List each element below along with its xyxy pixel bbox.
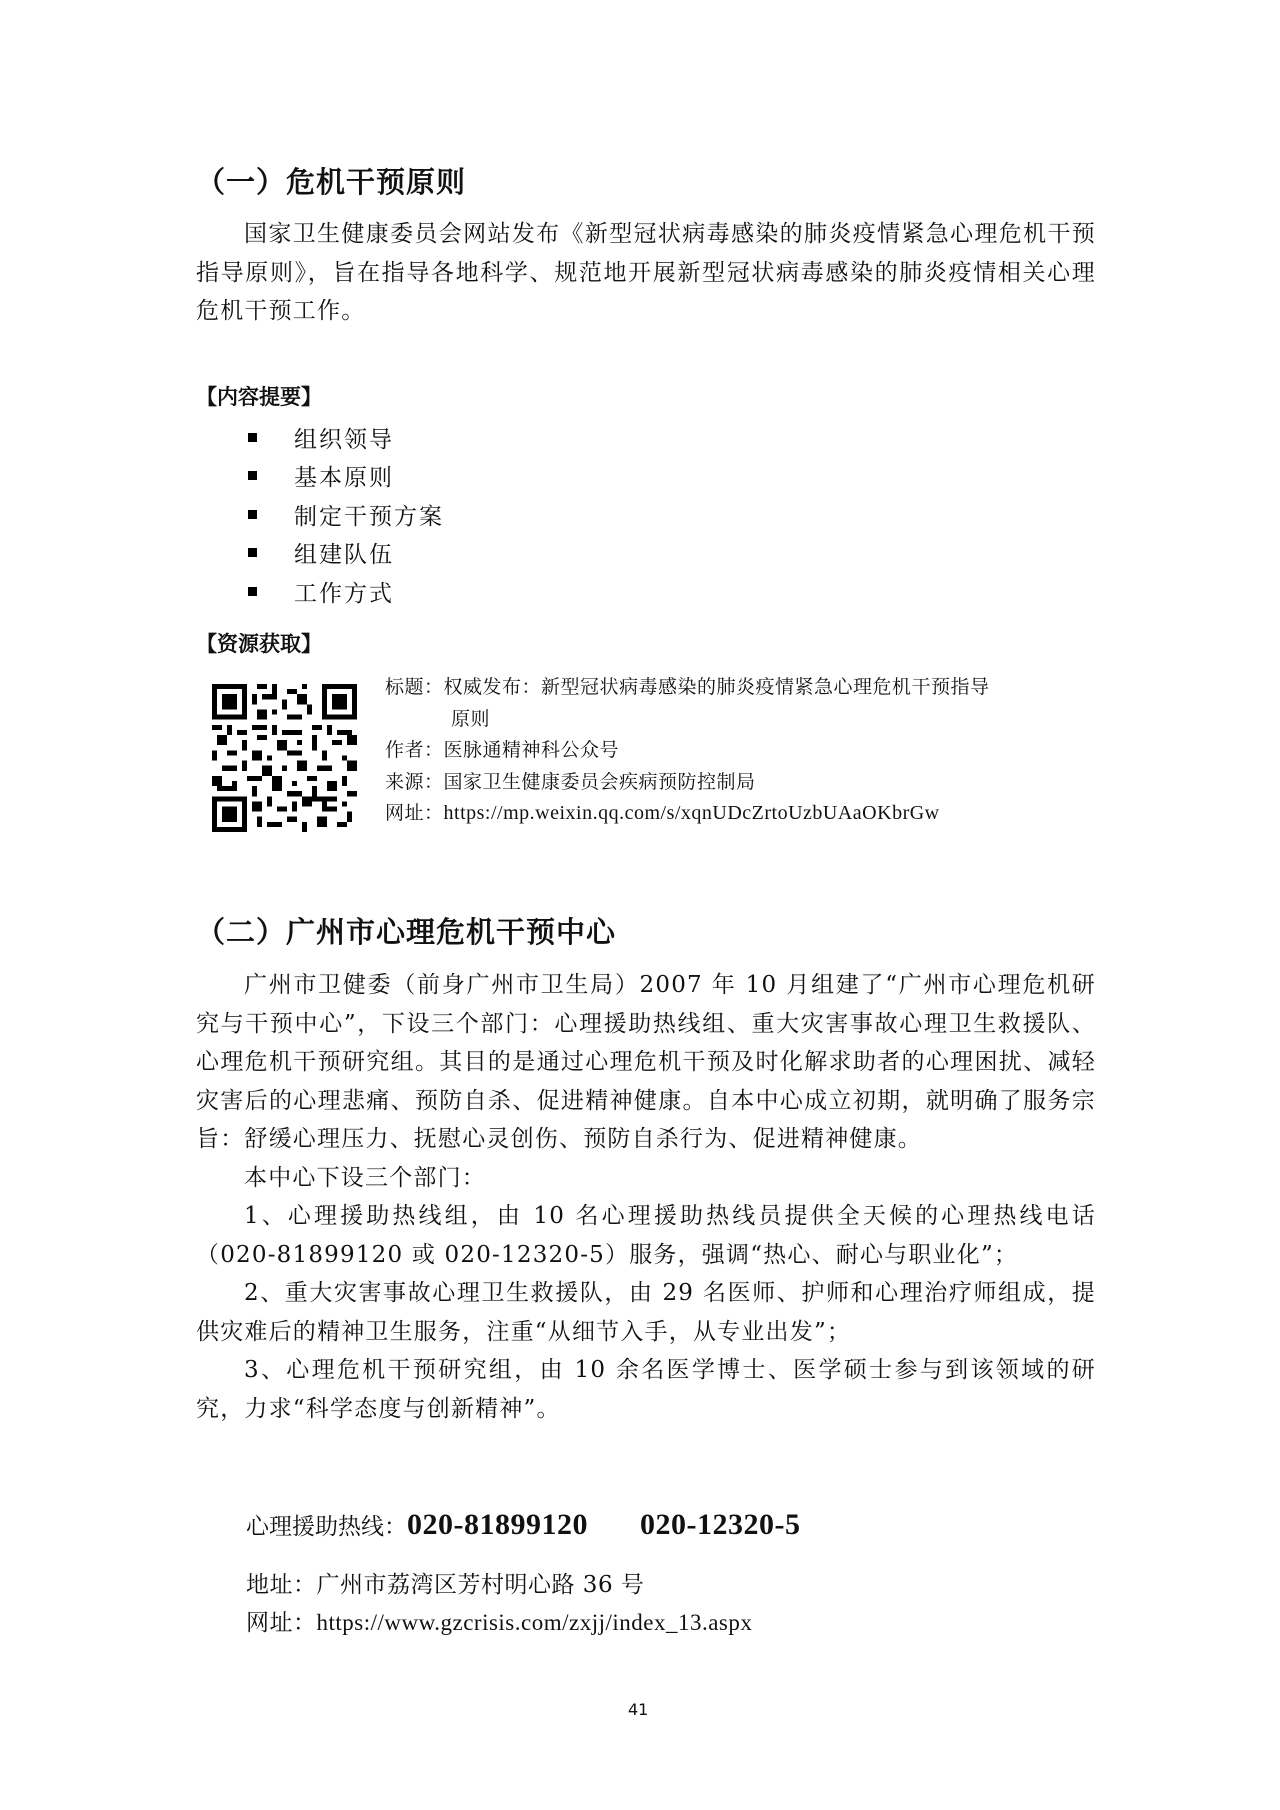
summary-item: 组建队伍 [180, 534, 444, 573]
center-intro-paragraph: 广州市卫健委（前身广州市卫生局）2007 年 10 月组建了“广州市心理危机研究… [196, 966, 1096, 1159]
qr-code-icon[interactable] [212, 684, 357, 832]
resource-details: 标题：权威发布：新型冠状病毒感染的肺炎疫情紧急心理危机干预指导 原则 作者：医脉… [385, 672, 990, 830]
intro-text: 国家卫生健康委员会网站发布《新型冠状病毒感染的肺炎疫情紧急心理危机干预指导原则》… [196, 215, 1096, 331]
page-number: 41 [628, 1700, 648, 1719]
address-value: 广州市荔湾区芳村明心路 36 号 [317, 1572, 645, 1598]
center-description: 广州市卫健委（前身广州市卫生局）2007 年 10 月组建了“广州市心理危机研究… [196, 966, 1096, 1428]
department-1: 1、心理援助热线组，由 10 名心理援助热线员提供全天候的心理热线电话（020-… [196, 1197, 1096, 1274]
square-bullet-icon [248, 433, 257, 442]
resource-url-link[interactable]: https://mp.weixin.qq.com/s/xqnUDcZrtoUzb… [444, 802, 940, 824]
hotline-number-2: 020-12320-5 [640, 1508, 800, 1541]
resource-url-row: 网址：https://mp.weixin.qq.com/s/xqnUDcZrto… [385, 798, 990, 830]
resource-title-value: 权威发布：新型冠状病毒感染的肺炎疫情紧急心理危机干预指导 [444, 676, 990, 698]
resource-source-key: 来源： [385, 767, 444, 799]
summary-item: 制定干预方案 [180, 495, 444, 534]
section-heading-crisis-principles: （一）危机干预原则 [196, 160, 466, 201]
resource-author-row: 作者：医脉通精神科公众号 [385, 735, 990, 767]
website-link[interactable]: https://www.gzcrisis.com/zxjj/index_13.a… [317, 1610, 753, 1635]
square-bullet-icon [248, 510, 257, 519]
summary-item: 工作方式 [180, 572, 444, 611]
resource-author-value: 医脉通精神科公众号 [444, 739, 620, 761]
resource-title-continuation: 原则 [385, 704, 990, 736]
resource-source-row: 来源：国家卫生健康委员会疾病预防控制局 [385, 767, 990, 799]
website-row: 网址：https://www.gzcrisis.com/zxjj/index_1… [246, 1604, 752, 1642]
hotline-row: 心理援助热线：020-81899120020-12320-5 [246, 1508, 800, 1542]
square-bullet-icon [248, 548, 257, 557]
department-3: 3、心理危机干预研究组，由 10 余名医学博士、医学硕士参与到该领域的研究，力求… [196, 1351, 1096, 1428]
departments-intro: 本中心下设三个部门： [196, 1159, 1096, 1198]
website-key: 网址： [246, 1610, 317, 1636]
resource-source-value: 国家卫生健康委员会疾病预防控制局 [444, 771, 756, 793]
section-heading-guangzhou-center: （二）广州市心理危机干预中心 [196, 910, 616, 951]
square-bullet-icon [248, 587, 257, 596]
address-key: 地址： [246, 1572, 317, 1598]
resource-author-key: 作者： [385, 735, 444, 767]
square-bullet-icon [248, 471, 257, 480]
summary-list: 组织领导 基本原则 制定干预方案 组建队伍 工作方式 [180, 418, 444, 611]
resource-title-row: 标题：权威发布：新型冠状病毒感染的肺炎疫情紧急心理危机干预指导 [385, 672, 990, 704]
resource-title-key: 标题： [385, 672, 444, 704]
hotline-label: 心理援助热线： [246, 1514, 407, 1540]
resource-url-key: 网址： [385, 798, 444, 830]
resource-label: 【资源获取】 [196, 628, 322, 658]
summary-item: 基本原则 [180, 457, 444, 496]
address-row: 地址：广州市荔湾区芳村明心路 36 号 [246, 1566, 644, 1604]
summary-label: 【内容提要】 [196, 381, 322, 411]
hotline-number-1: 020-81899120 [407, 1508, 588, 1541]
summary-item: 组织领导 [180, 418, 444, 457]
department-2: 2、重大灾害事故心理卫生救援队，由 29 名医师、护师和心理治疗师组成，提供灾难… [196, 1274, 1096, 1351]
intro-paragraph: 国家卫生健康委员会网站发布《新型冠状病毒感染的肺炎疫情紧急心理危机干预指导原则》… [196, 215, 1096, 331]
